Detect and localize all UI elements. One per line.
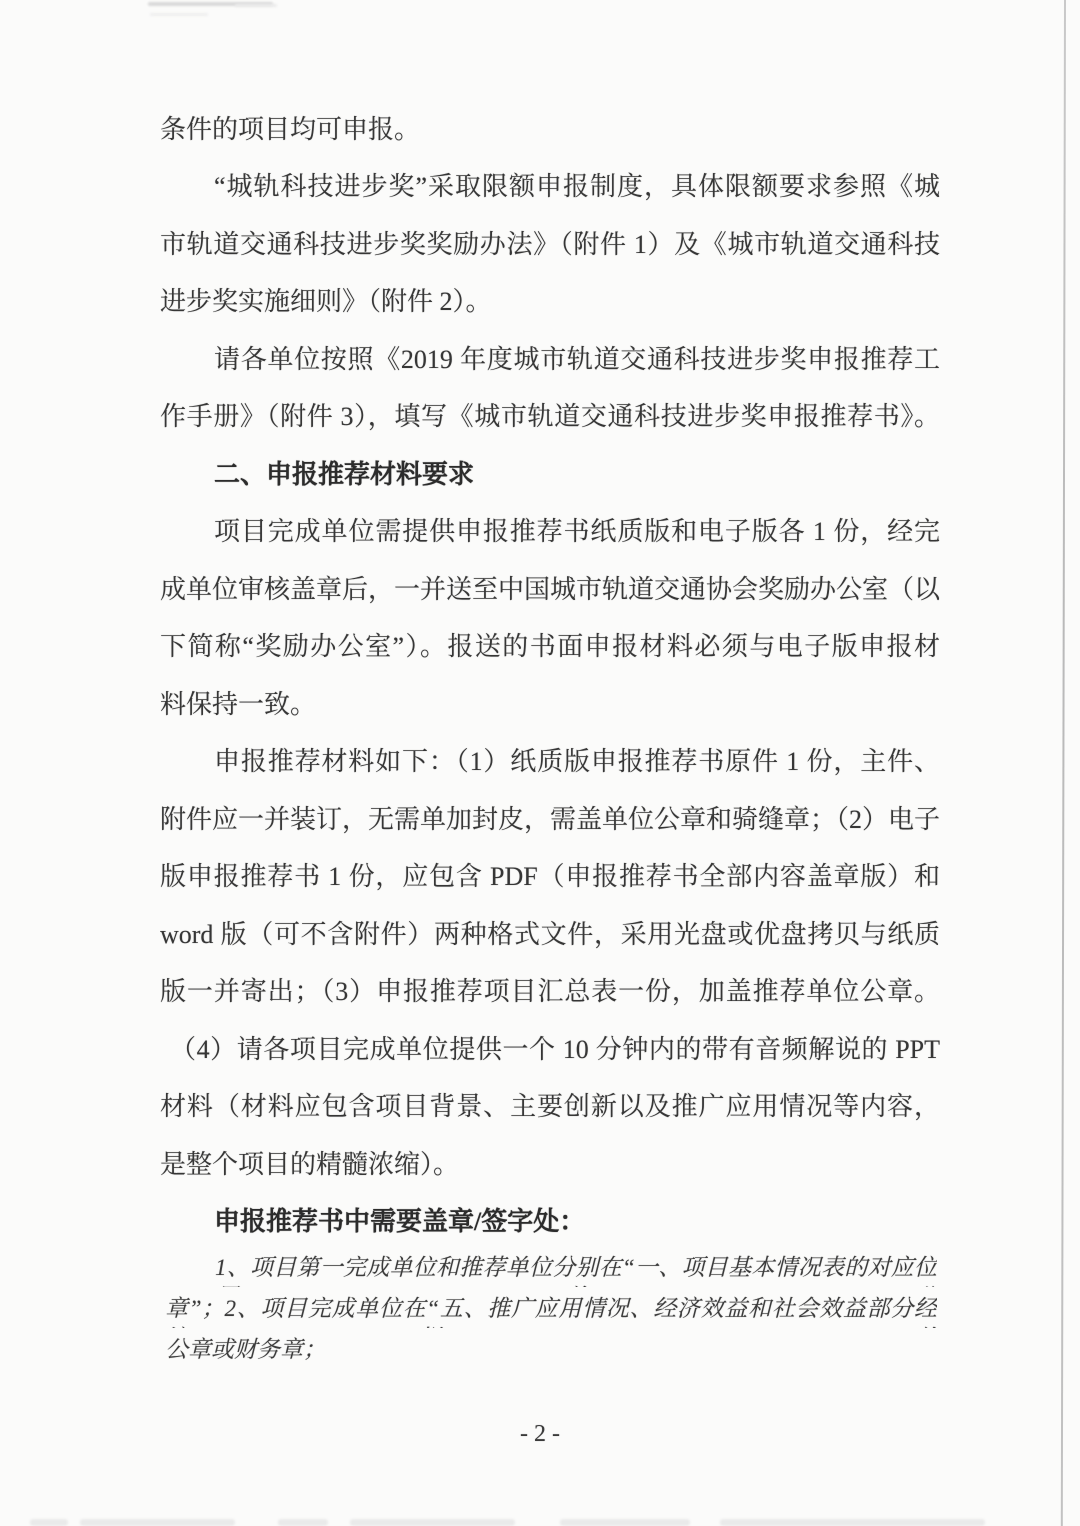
body-line: 进步奖实施细则》（附件 2）。 — [160, 285, 940, 325]
scan-smudge-bottom — [30, 1519, 68, 1526]
body-line: word 版（可不含附件）两种格式文件，采用光盘或优盘拷贝与纸质 — [160, 918, 940, 958]
body-line: 是整个项目的精髓浓缩）。 — [160, 1148, 940, 1188]
body-line: 作手册》（附件 3），填写《城市轨道交通科技进步奖申报推荐书》。 — [160, 400, 940, 440]
scan-smudge-bottom — [80, 1519, 235, 1526]
scan-smudge-bottom — [278, 1519, 328, 1526]
scan-smudge-top — [150, 13, 208, 16]
body-line: 料保持一致。 — [160, 688, 940, 728]
page-number: - 2 - — [0, 1421, 1080, 1448]
section-heading: 二、申报推荐材料要求 — [160, 458, 940, 498]
page-edge-line — [1061, 0, 1066, 1526]
scan-smudge-bottom — [560, 1519, 690, 1526]
note-line: 公章或财务章； — [165, 1335, 937, 1369]
body-line: （4）请各项目完成单位提供一个 10 分钟内的带有音频解说的 PPT — [160, 1033, 940, 1073]
scan-smudge-bottom — [350, 1519, 515, 1526]
body-line: 条件的项目均可申报。 — [160, 113, 940, 153]
scan-smudge-top — [235, 4, 277, 7]
body-line: 版申报推荐书 1 份，应包含 PDF（申报推荐书全部内容盖章版）和 — [160, 860, 940, 900]
body-line: 附件应一并装订，无需单加封皮，需盖单位公章和骑缝章；（2）电子 — [160, 803, 940, 843]
scan-smudge-bottom — [720, 1519, 985, 1526]
body-line: 项目完成单位需提供申报推荐书纸质版和电子版各 1 份，经完 — [160, 515, 940, 555]
body-line: 下简称“奖励办公室”）。报送的书面申报材料必须与电子版申报材 — [160, 630, 940, 670]
body-line: 材料（材料应包含项目背景、主要创新以及推广应用情况等内容， — [160, 1090, 940, 1130]
body-line: 版一并寄出；（3）申报推荐项目汇总表一份，加盖推荐单位公章。 — [160, 975, 940, 1015]
document-page: 条件的项目均可申报。 “城轨科技进步奖”采取限额申报制度，具体限额要求参照《城 … — [0, 0, 1080, 1526]
note-line: 1、项目第一完成单位和推荐单位分别在“一、项目基本情况表的对应位置盖公 — [165, 1253, 937, 1287]
section-heading: 申报推荐书中需要盖章/签字处： — [160, 1205, 940, 1245]
note-line: 章”；2、项目完成单位在“五、推广应用情况、经济效益和社会效益部分经济栏”盖 — [165, 1294, 937, 1328]
body-line: 成单位审核盖章后，一并送至中国城市轨道交通协会奖励办公室（以 — [160, 573, 940, 613]
body-line: 请各单位按照《2019 年度城市轨道交通科技进步奖申报推荐工 — [160, 343, 940, 383]
body-line: “城轨科技进步奖”采取限额申报制度，具体限额要求参照《城 — [160, 170, 940, 210]
body-line: 市轨道交通科技进步奖奖励办法》（附件 1）及《城市轨道交通科技 — [160, 228, 940, 268]
body-line: 申报推荐材料如下：（1）纸质版申报推荐书原件 1 份，主件、 — [160, 745, 940, 785]
